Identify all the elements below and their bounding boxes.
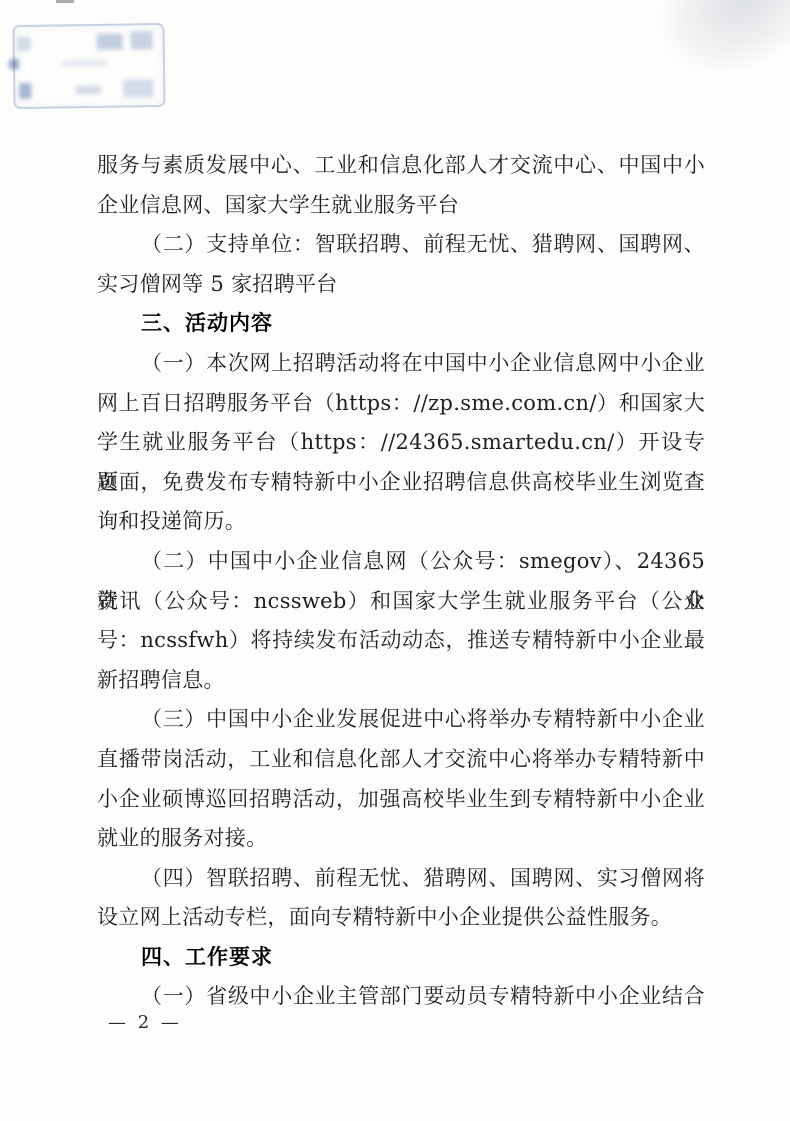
scan-smudge-top-right [643, 0, 790, 106]
text-line: 设立网上活动专栏，面向专精特新中小企业提供公益性服务。 [97, 898, 705, 938]
text-line: 网上百日招聘服务平台（https：//zp.sme.com.cn/）和国家大 [97, 384, 705, 424]
stamp-smudge [75, 86, 101, 94]
text-line: 服务与素质发展中心、工业和信息化部人才交流中心、中国中小 [97, 146, 705, 186]
text-line: 直播带岗活动，工业和信息化部人才交流中心将举办专精特新中 [97, 740, 705, 780]
section-heading: 四、工作要求 [97, 938, 705, 978]
text-line: 实习僧网等 5 家招聘平台 [97, 265, 705, 305]
text-line: 学生就业服务平台（https：//24365.smartedu.cn/）开设专题 [97, 423, 705, 463]
faded-registration-stamp [12, 23, 165, 109]
document-page: 服务与素质发展中心、工业和信息化部人才交流中心、中国中小企业信息网、国家大学生就… [0, 0, 790, 1121]
text-line: 询和投递简历。 [97, 502, 705, 542]
stamp-smudge [97, 34, 123, 50]
text-line: 新招聘信息。 [97, 661, 705, 701]
stamp-smudge [131, 31, 153, 49]
text-line: （二）中国中小企业信息网（公众号：smegov）、24365 就业 [97, 542, 705, 582]
stamp-smudge [123, 79, 153, 97]
scan-artifact-top-edge [56, 0, 74, 3]
stamp-smudge [63, 60, 107, 67]
text-line: 小企业硕博巡回招聘活动，加强高校毕业生到专精特新中小企业 [97, 780, 705, 820]
document-body: 服务与素质发展中心、工业和信息化部人才交流中心、中国中小企业信息网、国家大学生就… [97, 146, 705, 1017]
section-heading: 三、活动内容 [97, 304, 705, 344]
text-line: （二）支持单位：智联招聘、前程无忧、猎聘网、国聘网、 [97, 225, 705, 265]
stamp-smudge [17, 37, 31, 51]
stamp-smudge [9, 59, 19, 69]
text-line: 资讯（公众号：ncssweb）和国家大学生就业服务平台（公众 [97, 582, 705, 622]
text-line: （三）中国中小企业发展促进中心将举办专精特新中小企业 [97, 700, 705, 740]
stamp-smudge [19, 83, 31, 99]
page-number: — 2 — [108, 1012, 182, 1033]
text-line: 企业信息网、国家大学生就业服务平台 [97, 186, 705, 226]
text-line: （一）本次网上招聘活动将在中国中小企业信息网中小企业 [97, 344, 705, 384]
text-line: 就业的服务对接。 [97, 819, 705, 859]
text-line: （一）省级中小企业主管部门要动员专精特新中小企业结合 [97, 977, 705, 1017]
text-line: 号：ncssfwh）将持续发布活动动态，推送专精特新中小企业最 [97, 621, 705, 661]
text-line: 页面，免费发布专精特新中小企业招聘信息供高校毕业生浏览查 [97, 463, 705, 503]
text-line: （四）智联招聘、前程无忧、猎聘网、国聘网、实习僧网将 [97, 859, 705, 899]
